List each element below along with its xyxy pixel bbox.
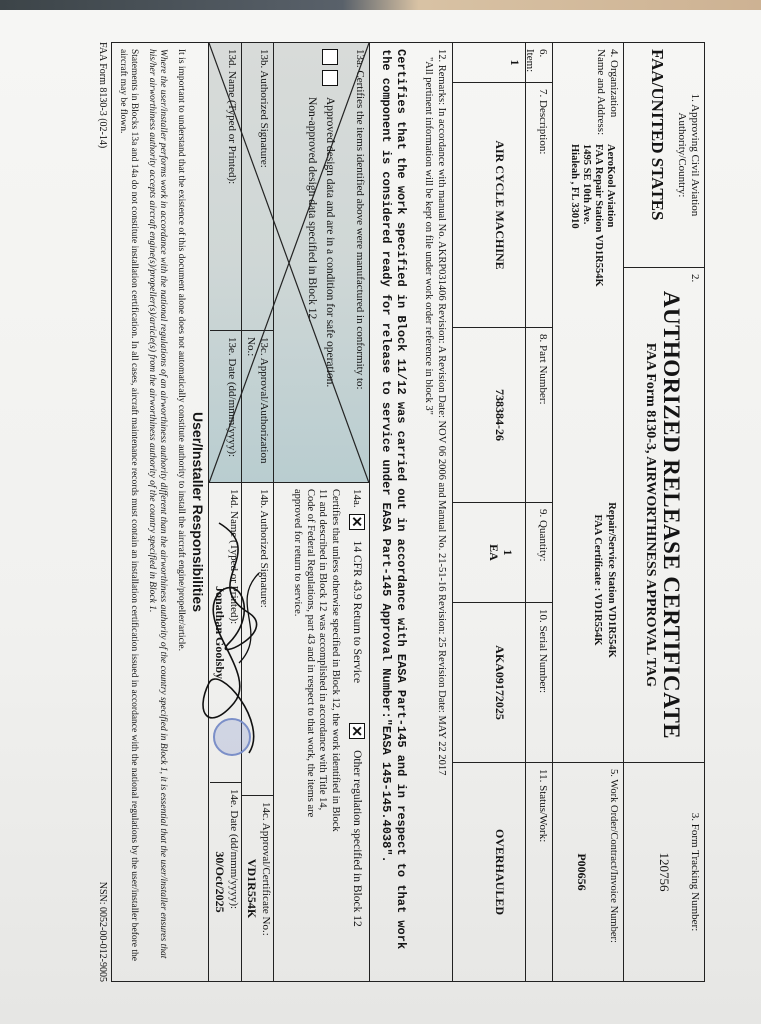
block-12-remarks: 12. Remarks: In accordance with manual N…: [369, 42, 452, 982]
block-3-value: 120756: [656, 769, 672, 975]
block-13-manufacturing: 13a. Certifies the items identified abov…: [209, 43, 369, 483]
block-1-value: FAA/UNITED STATES: [647, 49, 667, 261]
other-regulation-checkbox[interactable]: [349, 723, 365, 739]
block-13d-label: 13d. Name (Typed or Printed):: [210, 43, 241, 331]
remarks-line-1: 12. Remarks: In accordance with manual N…: [435, 49, 448, 975]
responsibilities-title: User/Installer Responsibilities: [188, 43, 208, 981]
form-title: AUTHORIZED RELEASE CERTIFICATE: [658, 274, 684, 756]
responsibilities-p3: Statements in Blocks 13a and 14a do not …: [112, 43, 141, 981]
item-description: AIR CYCLE MACHINE: [453, 83, 525, 328]
org-street: 1495 SE 10th Ave.: [580, 144, 592, 404]
non-approved-design-label: Non-approved design data specified in Bl…: [303, 97, 321, 387]
block-13b-label: 13b. Authorized Signature:: [242, 43, 273, 331]
block-1-authority: 1. Approving Civil Aviation Authority/Co…: [624, 43, 704, 268]
repair-station: Repair/Service Station VD1R554K: [604, 404, 618, 756]
header-serial-number: 10. Serial Number:: [526, 603, 552, 763]
item-quantity-value: 1: [501, 509, 515, 596]
remarks-line-2: "All pertinent information will be kept …: [422, 49, 435, 975]
header-quantity: 9. Quantity:: [526, 503, 552, 603]
block-14e-value: 30/Oct/2025: [213, 789, 227, 975]
block-1-label-2: Authority/Country:: [675, 49, 688, 261]
user-installer-responsibilities: User/Installer Responsibilities It is im…: [111, 42, 208, 982]
block-5-work-order: 5. Work Order/Contract/Invoice Number: P…: [553, 763, 623, 981]
table-row: 1 AIR CYCLE MACHINE 738384-26 1 EA AKA09…: [452, 42, 525, 982]
block-3-label: 3. Form Tracking Number:: [688, 769, 701, 975]
approved-design-checkbox[interactable]: [321, 49, 337, 65]
approved-design-label: Approved design data and are in a condit…: [321, 97, 339, 387]
header-status: 11. Status/Work:: [526, 763, 552, 981]
block-14e-label: 14e. Date (dd/mmm/yyyy):: [227, 789, 240, 975]
item-status: OVERHAULED: [453, 763, 525, 981]
block-4-label: 4. Organization: [607, 49, 620, 144]
block-1-label: 1. Approving Civil Aviation: [688, 49, 701, 261]
form-subtitle: FAA Form 8130-3, AIRWORTHINESS APPROVAL …: [642, 274, 658, 756]
org-name: AeroKool Aviation: [604, 144, 616, 404]
form-number: FAA Form 8130-3 (02-14): [97, 42, 108, 148]
non-approved-design-checkbox[interactable]: [321, 70, 337, 86]
block-14c-label: 14c. Approval/Certificate No.:: [259, 802, 272, 975]
document-paper: 1. Approving Civil Aviation Authority/Co…: [0, 10, 761, 1024]
block-2-title: 2. AUTHORIZED RELEASE CERTIFICATE FAA Fo…: [624, 268, 704, 763]
airworthiness-certificate-form: 1. Approving Civil Aviation Authority/Co…: [35, 22, 735, 1012]
block-5-value: P00656: [575, 769, 589, 975]
block-4-label-2: Name and Address:: [594, 49, 607, 144]
org-station: FAA Repair Station VD1R554K: [592, 144, 604, 404]
block-2-label: 2.: [688, 274, 701, 756]
easa-statement-1: Certifies that the work specified in Blo…: [393, 49, 408, 975]
header-item: 6. Item:: [526, 43, 552, 83]
responsibilities-p2: Where the user/installer performs work i…: [141, 43, 170, 981]
block-13c-label: 13c. Approval/Authorization No.:: [242, 331, 273, 482]
block-13e-label: 13e. Date (dd/mmm/yyyy):: [210, 331, 241, 482]
block-3-tracking: 3. Form Tracking Number: 120756: [624, 763, 704, 981]
block-14-return-to-service: 14a. 14 CFR 43.9 Return to Service Other…: [209, 483, 369, 981]
nsn-number: NSN: 0052-00-012-9005: [97, 882, 108, 982]
item-quantity-unit: EA: [487, 509, 501, 596]
block-14c-value: VD1R554K: [245, 802, 259, 975]
easa-statement-2: the component is considered ready for re…: [378, 49, 393, 975]
block-13a-label: 13a. Certifies the items identified abov…: [353, 49, 366, 476]
org-city: Hialeah , FL 33010: [568, 144, 580, 404]
block-14a-label: 14a.: [350, 489, 363, 508]
faa-certificate: FAA Certificate : VD1R554K: [590, 404, 604, 756]
item-part-number: 738384-26: [453, 328, 525, 503]
header-description: 7. Description:: [526, 83, 552, 328]
block-4-organization: 4. Organization Name and Address: AeroKo…: [553, 43, 623, 763]
block-5-label: 5. Work Order/Contract/Invoice Number:: [607, 769, 620, 975]
cfr-43-9-checkbox[interactable]: [349, 514, 365, 530]
header-part-number: 8. Part Number:: [526, 328, 552, 503]
cfr-43-9-label: 14 CFR 43.9 Return to Service: [351, 541, 363, 683]
company-stamp: [213, 718, 251, 756]
other-regulation-label: Other regulation specified in Block 12: [351, 750, 363, 927]
responsibilities-p1: It is important to understand that the e…: [170, 43, 188, 981]
block-14a-statement: Certifies that unless otherwise specifie…: [291, 489, 341, 975]
item-quantity: 1 EA: [453, 503, 525, 603]
item-number: 1: [453, 43, 525, 83]
item-serial-number: AKA09172025: [453, 603, 525, 763]
